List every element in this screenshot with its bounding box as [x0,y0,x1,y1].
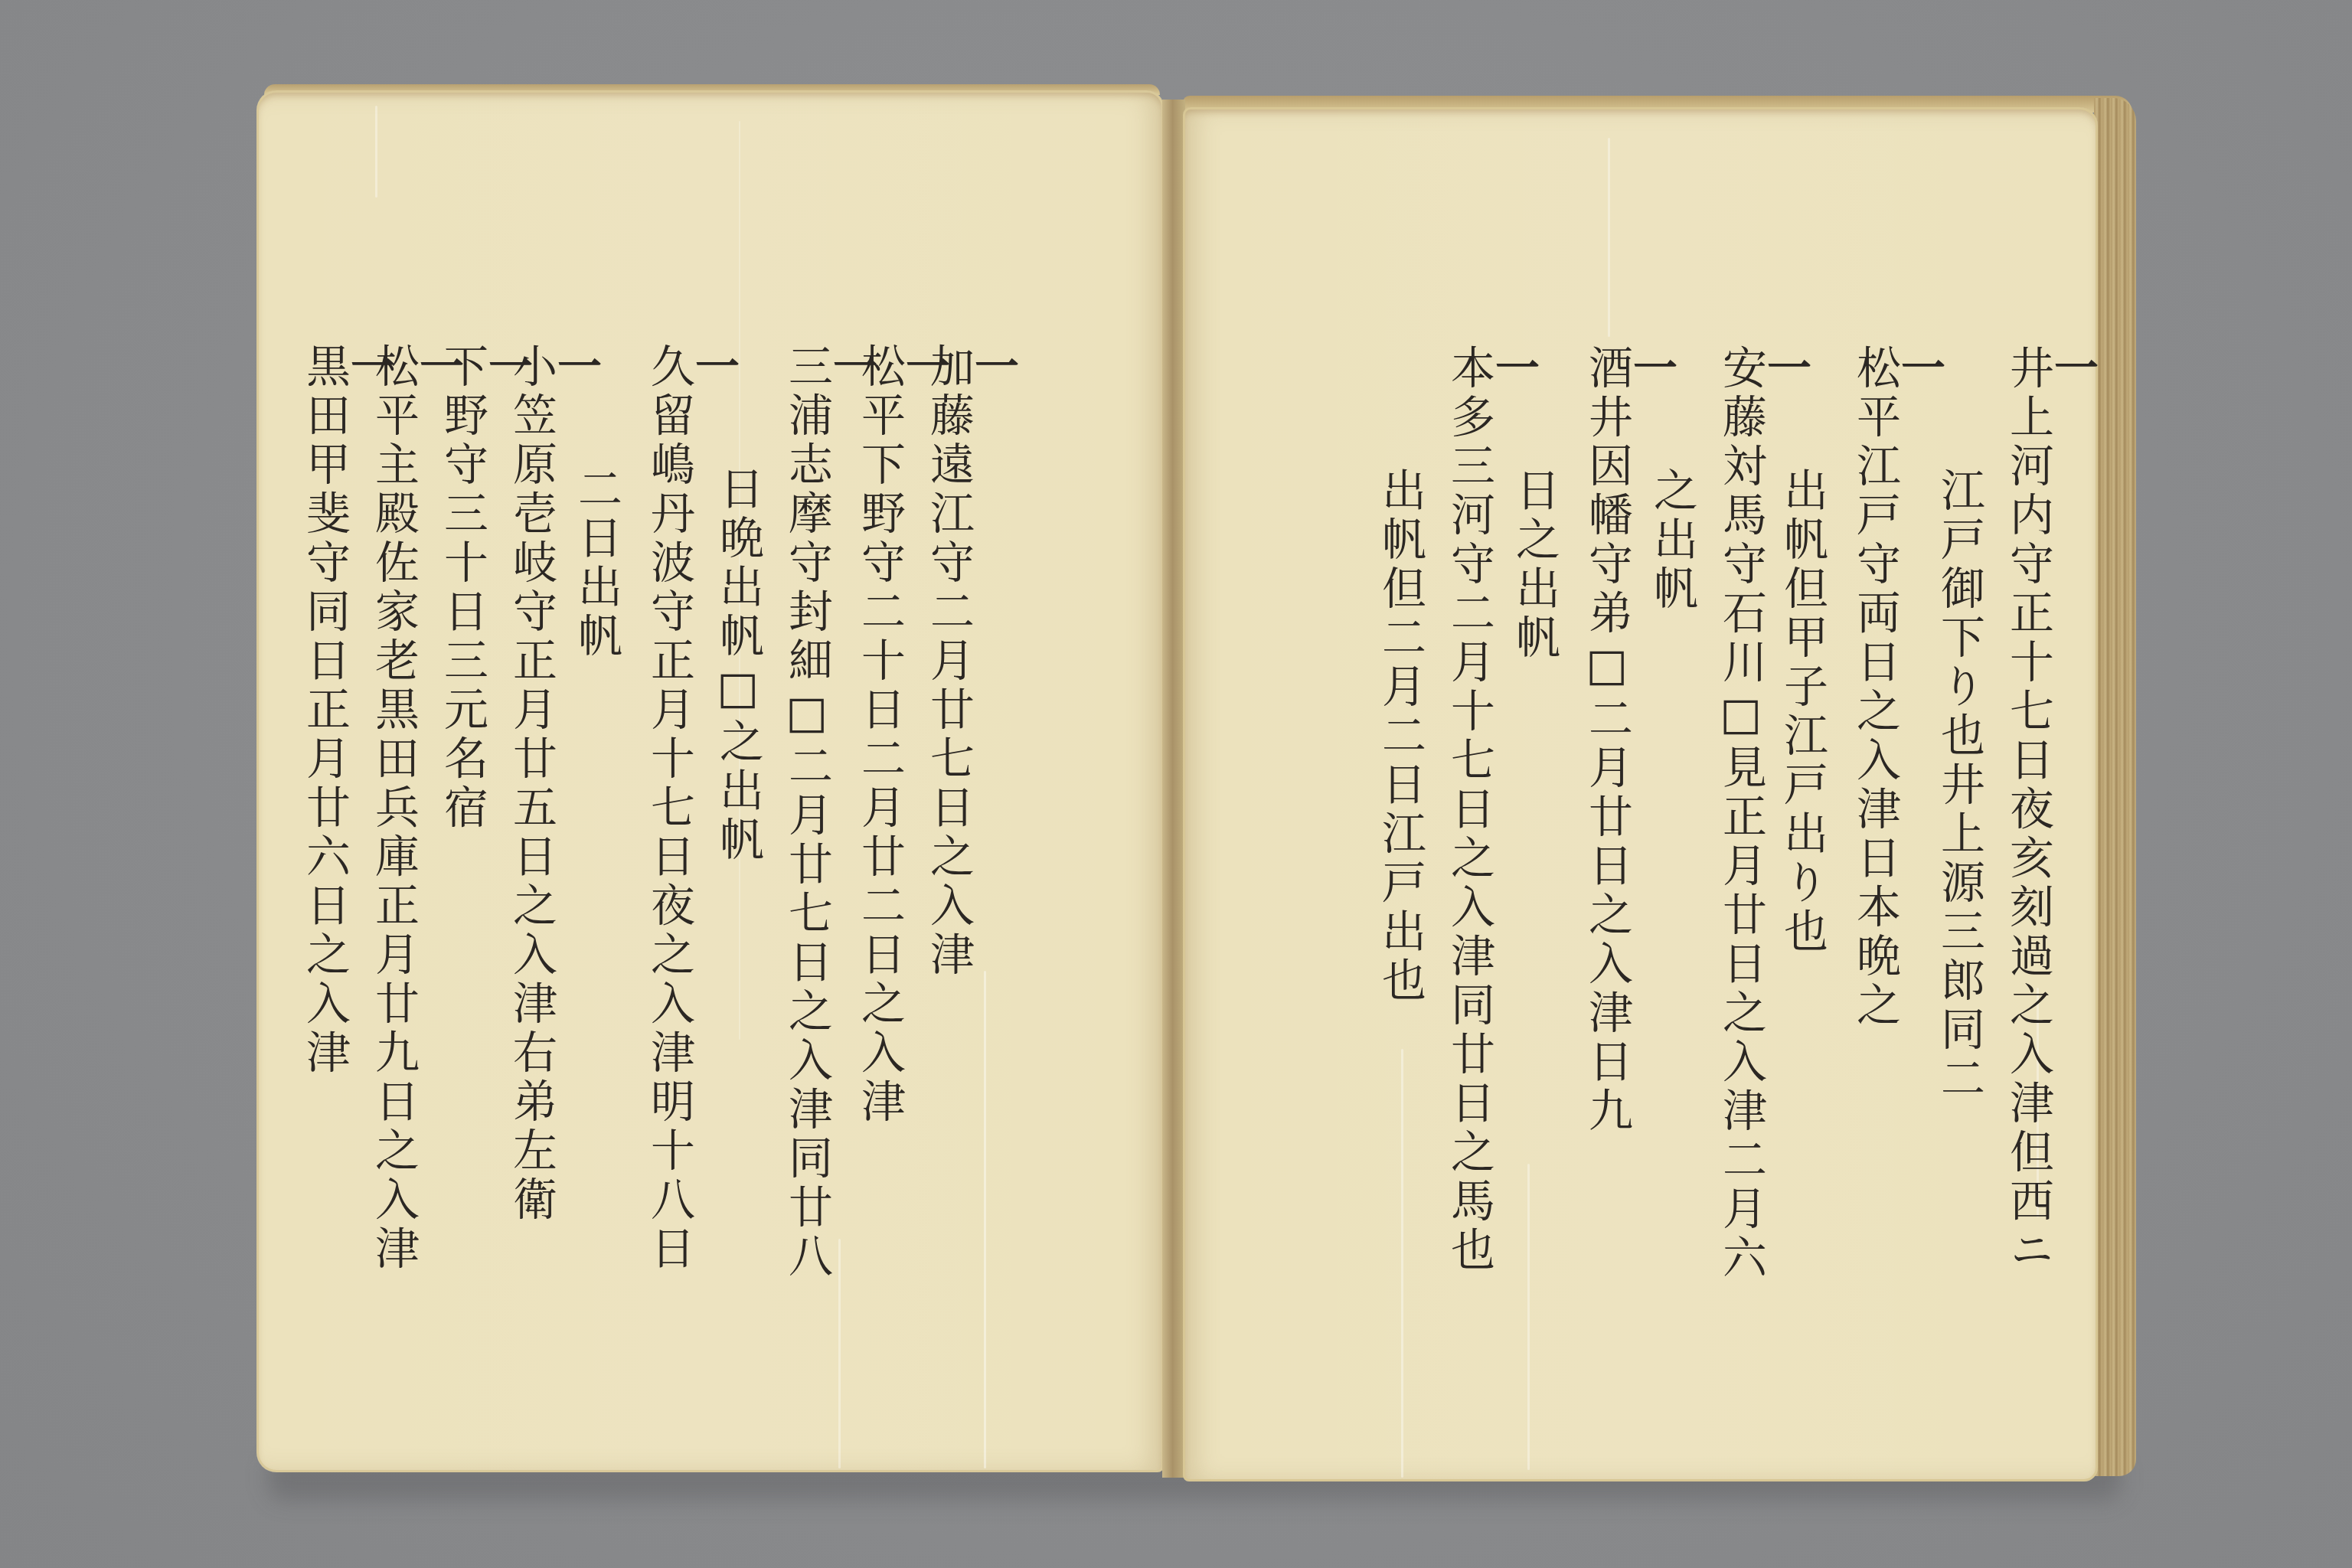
text-column: 一安藤対馬守石川□見正月廿日之入津二月六 [1719,345,1808,1283]
entry-mark: 一 [1897,345,1942,977]
entry-mark: 一 [691,343,736,1220]
entry-mark: 一 [971,343,1015,926]
text-column: 一本多三河守二月十七日之入津同廿日之馬也 [1447,345,1536,1276]
text-column: 一松平江戸守両日之入津日本晩之 [1853,345,1942,1031]
left-page: 一加藤遠江守二月廿七日之入津 一松平下野守二十日二月廿二日之入津 一三浦志摩守封… [256,90,1164,1472]
paper-fiber [375,106,377,198]
text-column: 江戸御下り也井上源三郎同二 [1937,467,1981,1104]
book-gutter [1162,100,1185,1478]
text-column: 一井上河内守正十七日夜亥刻過之入津但西ニ [2006,345,2095,1276]
entry-mark: 一 [485,343,529,779]
text-column: 一黒田甲斐守同日正月廿六日之入津 [302,343,391,1078]
entry-mark: 一 [554,343,598,1171]
entry-mark: 一 [902,343,946,1073]
entry-mark: 一 [1763,345,1808,1230]
page-stack-edge [2094,98,2136,1476]
text-column: 出帆但二月二日江戸出也 [1378,467,1423,1006]
paper-fiber [1608,138,1610,337]
entry-mark: 一 [2050,345,2095,1222]
right-page: 一井上河内守正十七日夜亥刻過之入津但西ニ 江戸御下り也井上源三郎同二 一松平江戸… [1183,107,2098,1481]
entry-mark: 一 [1491,345,1536,1222]
text-column: 一三浦志摩守封細□二月廿七日之入津同廿八 [785,343,874,1282]
entry-mark: 一 [347,343,391,1024]
text-column: 一酒井因幡守弟□二月廿日之入津日九 [1585,345,1674,1136]
paper-crease [1401,1049,1403,1478]
text-column: 一久留嶋丹波守正月十七日夜之入津明十八日 [647,343,736,1274]
entry-mark: 一 [416,343,460,1220]
entry-mark: 一 [1629,345,1674,1083]
paper-crease [984,971,986,1468]
entry-mark: 一 [829,343,874,1228]
